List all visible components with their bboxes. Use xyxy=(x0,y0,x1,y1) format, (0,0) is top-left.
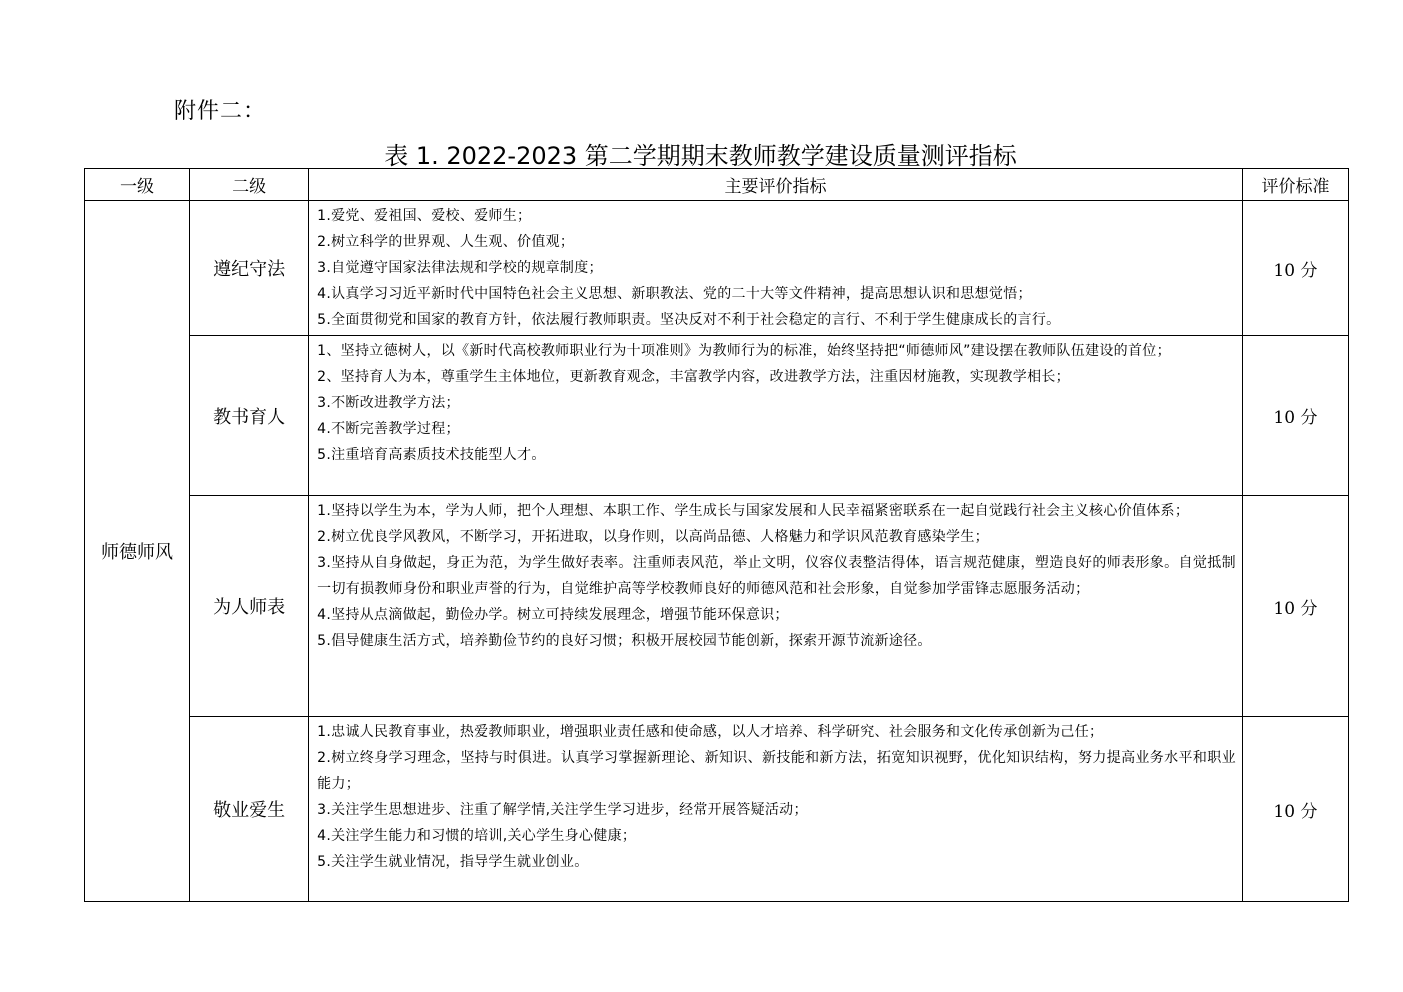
indicator-item: 2.树立科学的世界观、人生观、价值观； xyxy=(317,229,1236,255)
level1-cell: 师德师风 xyxy=(85,201,190,902)
indicator-item: 2、坚持育人为本，尊重学生主体地位，更新教育观念，丰富教学内容，改进教学方法，注… xyxy=(317,364,1236,390)
score-cell: 10 分 xyxy=(1242,717,1348,902)
header-indicators: 主要评价指标 xyxy=(309,169,1243,201)
indicator-item: 3.关注学生思想进步、注重了解学情,关注学生学习进步，经常开展答疑活动； xyxy=(317,797,1236,823)
table-row: 敬业爱生 1.忠诚人民教育事业，热爱教师职业，增强职业责任感和使命感，以人才培养… xyxy=(85,717,1349,902)
header-standard: 评价标准 xyxy=(1242,169,1348,201)
indicator-item: 3.坚持从自身做起，身正为范，为学生做好表率。注重师表风范，举止文明，仪容仪表整… xyxy=(317,550,1236,602)
header-level1: 一级 xyxy=(85,169,190,201)
indicator-item: 4.认真学习习近平新时代中国特色社会主义思想、新职教法、党的二十大等文件精神，提… xyxy=(317,281,1236,307)
score-cell: 10 分 xyxy=(1242,336,1348,496)
indicator-item: 2.树立优良学风教风，不断学习，开拓进取，以身作则，以高尚品德、人格魅力和学识风… xyxy=(317,524,1236,550)
indicator-item: 1.坚持以学生为本，学为人师，把个人理想、本职工作、学生成长与国家发展和人民幸福… xyxy=(317,498,1236,524)
level2-cell: 敬业爱生 xyxy=(190,717,309,902)
indicators-cell: 1、坚持立德树人，以《新时代高校教师职业行为十项准则》为教师行为的标准，始终坚持… xyxy=(309,336,1243,496)
score-cell: 10 分 xyxy=(1242,496,1348,717)
indicators-cell: 1.忠诚人民教育事业，热爱教师职业，增强职业责任感和使命感，以人才培养、科学研究… xyxy=(309,717,1243,902)
indicators-cell: 1.爱党、爱祖国、爱校、爱师生； 2.树立科学的世界观、人生观、价值观； 3.自… xyxy=(309,201,1243,336)
indicator-item: 4.坚持从点滴做起，勤俭办学。树立可持续发展理念，增强节能环保意识； xyxy=(317,602,1236,628)
indicator-item: 5.倡导健康生活方式，培养勤俭节约的良好习惯；积极开展校园节能创新，探索开源节流… xyxy=(317,628,1236,654)
attachment-label: 附件二： xyxy=(174,94,266,125)
level2-cell: 遵纪守法 xyxy=(190,201,309,336)
header-level2: 二级 xyxy=(190,169,309,201)
level2-cell: 教书育人 xyxy=(190,336,309,496)
table-header-row: 一级 二级 主要评价指标 评价标准 xyxy=(85,169,1349,201)
table-row: 教书育人 1、坚持立德树人，以《新时代高校教师职业行为十项准则》为教师行为的标准… xyxy=(85,336,1349,496)
indicator-item: 1.爱党、爱祖国、爱校、爱师生； xyxy=(317,203,1236,229)
table-title: 表 1. 2022-2023 第二学期期末教师教学建设质量测评指标 xyxy=(0,136,1403,171)
indicator-item: 5.关注学生就业情况，指导学生就业创业。 xyxy=(317,849,1236,875)
level2-cell: 为人师表 xyxy=(190,496,309,717)
table-row: 为人师表 1.坚持以学生为本，学为人师，把个人理想、本职工作、学生成长与国家发展… xyxy=(85,496,1349,717)
indicator-item: 5.全面贯彻党和国家的教育方针，依法履行教师职责。坚决反对不利于社会稳定的言行、… xyxy=(317,307,1236,333)
table-row: 师德师风 遵纪守法 1.爱党、爱祖国、爱校、爱师生； 2.树立科学的世界观、人生… xyxy=(85,201,1349,336)
indicator-item: 3.不断改进教学方法； xyxy=(317,390,1236,416)
indicator-item: 1.忠诚人民教育事业，热爱教师职业，增强职业责任感和使命感，以人才培养、科学研究… xyxy=(317,719,1236,745)
indicator-item: 1、坚持立德树人，以《新时代高校教师职业行为十项准则》为教师行为的标准，始终坚持… xyxy=(317,338,1236,364)
indicator-item: 2.树立终身学习理念，坚持与时俱进。认真学习掌握新理论、新知识、新技能和新方法，… xyxy=(317,745,1236,797)
indicator-item: 3.自觉遵守国家法律法规和学校的规章制度； xyxy=(317,255,1236,281)
indicator-item: 4.不断完善教学过程； xyxy=(317,416,1236,442)
evaluation-table: 一级 二级 主要评价指标 评价标准 师德师风 遵纪守法 1.爱党、爱祖国、爱校、… xyxy=(84,168,1349,902)
indicator-item: 5.注重培育高素质技术技能型人才。 xyxy=(317,442,1236,468)
indicators-cell: 1.坚持以学生为本，学为人师，把个人理想、本职工作、学生成长与国家发展和人民幸福… xyxy=(309,496,1243,717)
score-cell: 10 分 xyxy=(1242,201,1348,336)
indicator-item: 4.关注学生能力和习惯的培训,关心学生身心健康； xyxy=(317,823,1236,849)
